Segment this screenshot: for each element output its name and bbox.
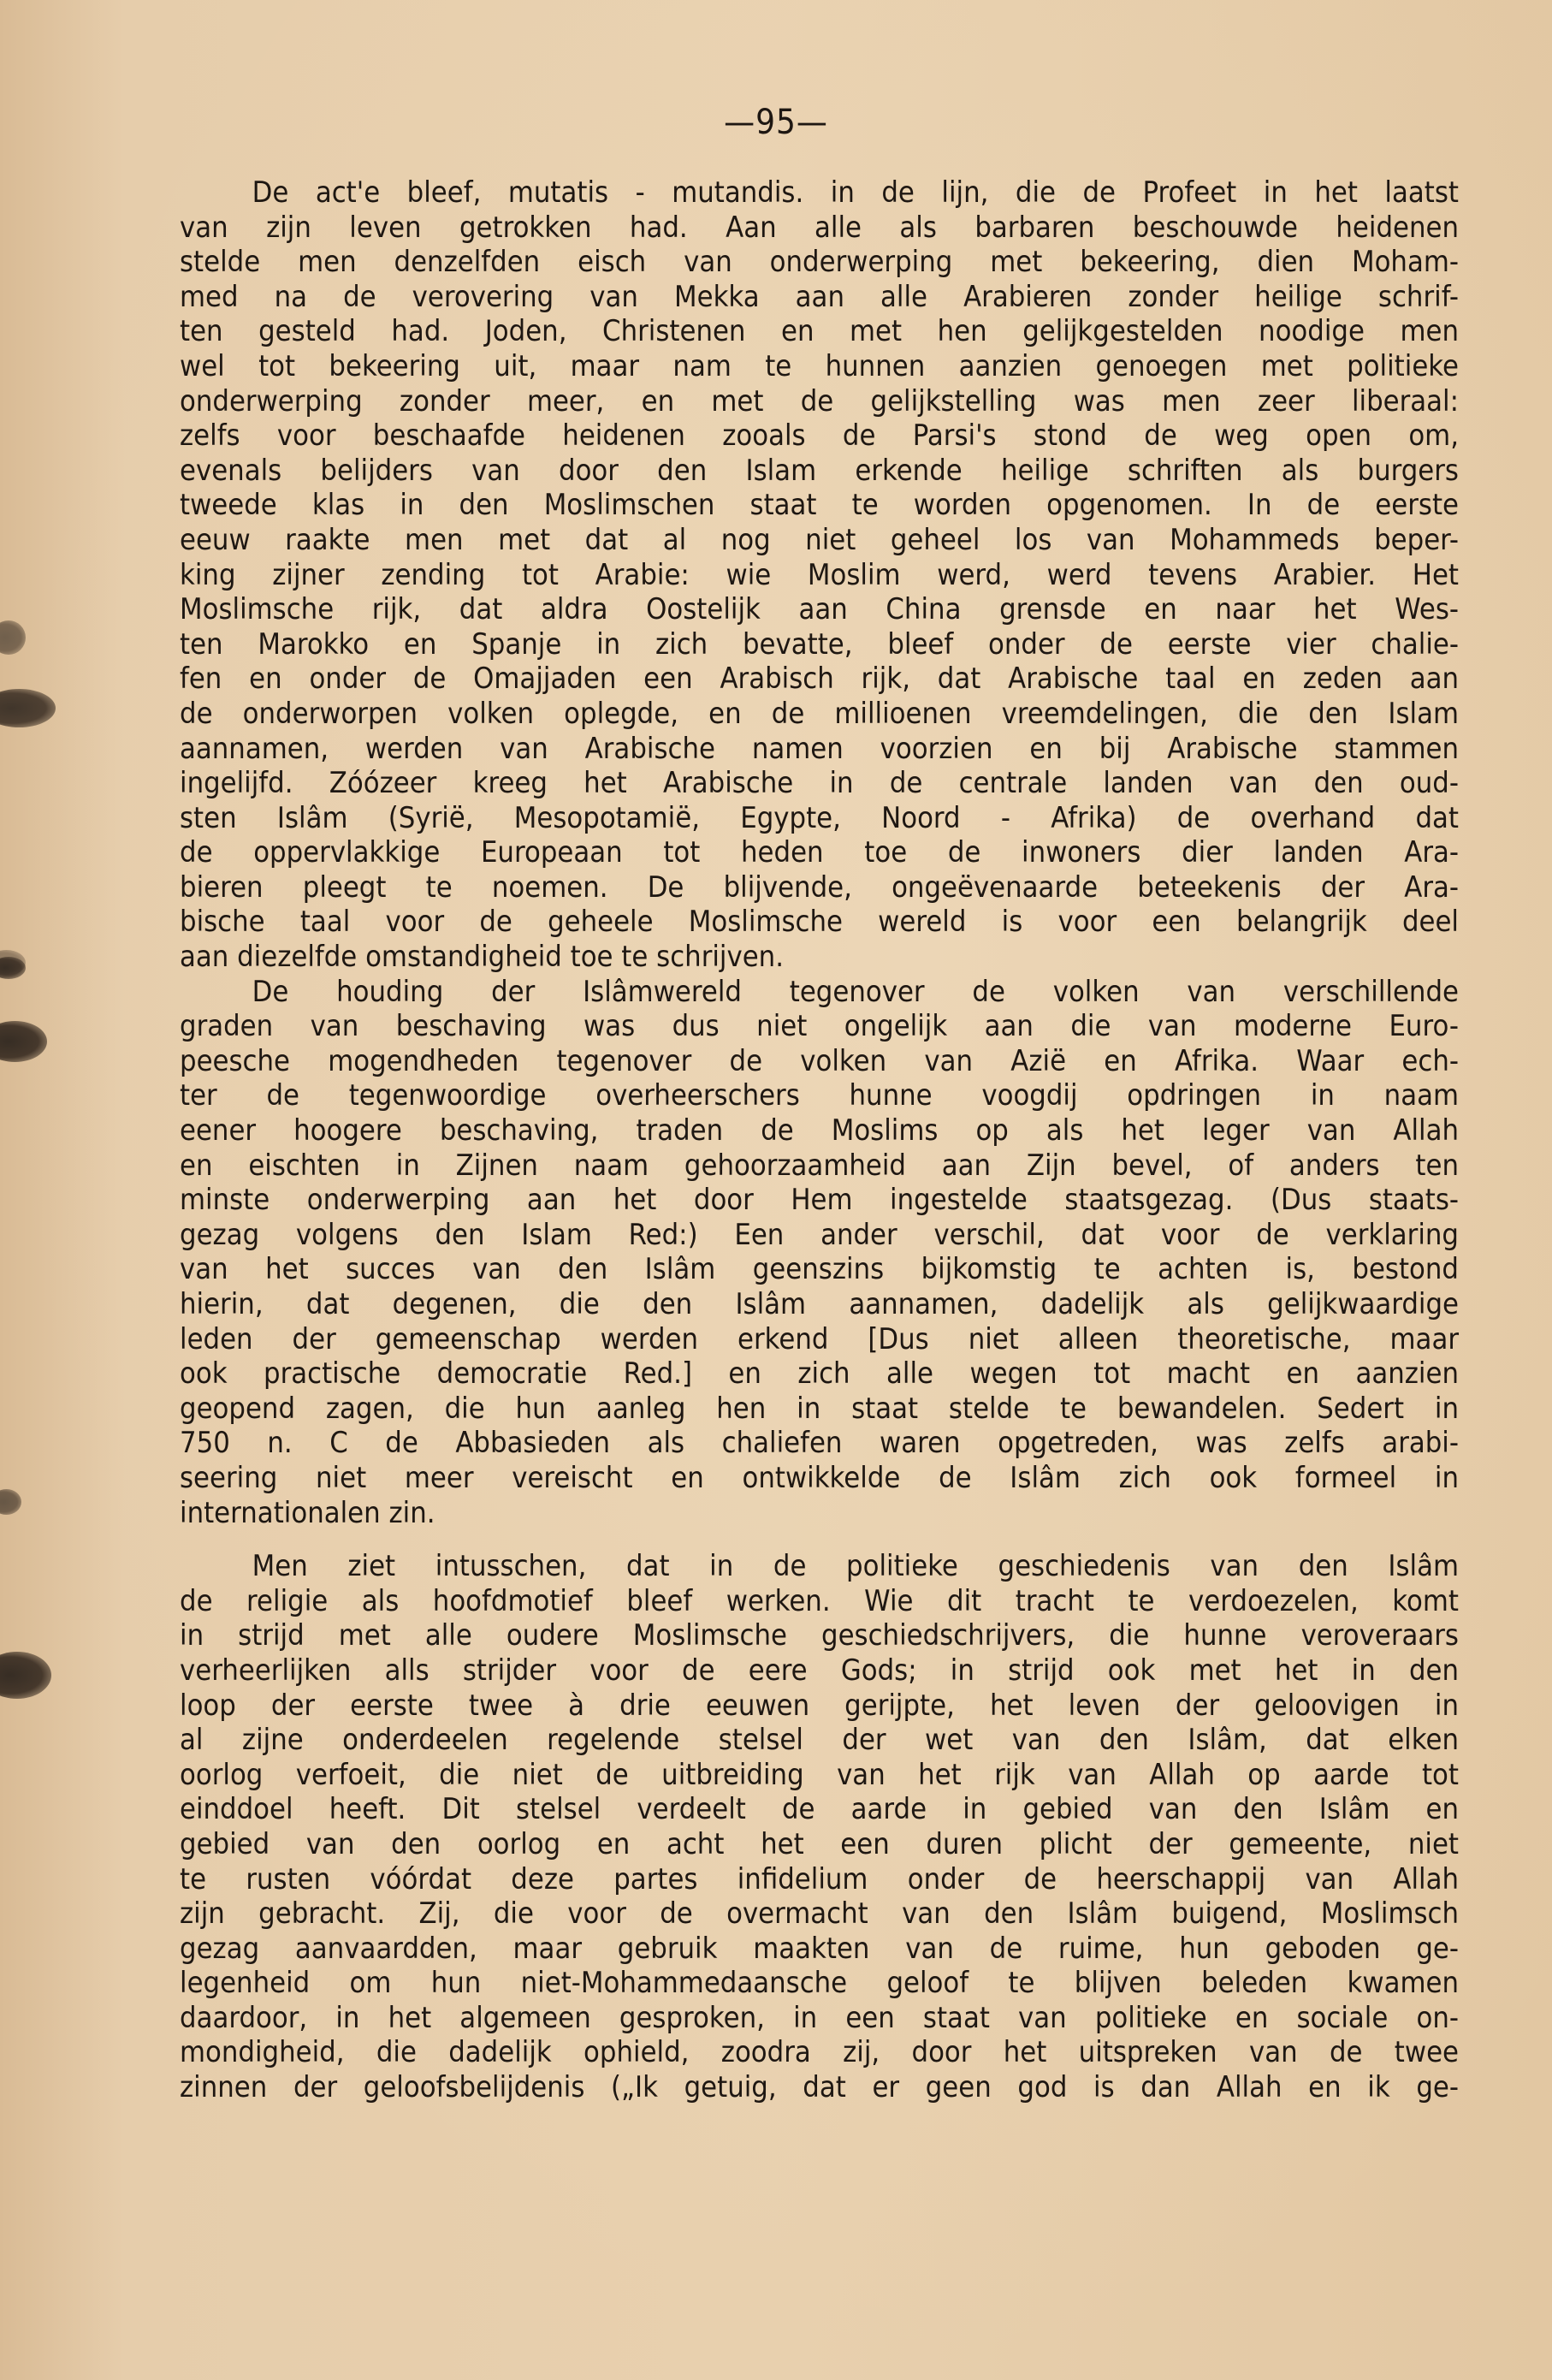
punch-hole bbox=[0, 689, 56, 727]
text-line: 750 n. C de Abbasieden als chaliefen war… bbox=[180, 1426, 1459, 1461]
text-line: evenals belijders van door den Islam erk… bbox=[180, 454, 1459, 489]
text-line: ook practische democratie Red.] en zich … bbox=[180, 1356, 1459, 1392]
punch-hole bbox=[0, 1021, 47, 1062]
text-line: eener hoogere beschaving, traden de Mosl… bbox=[180, 1113, 1459, 1148]
text-line: zinnen der geloofsbelijdenis („Ik getuig… bbox=[180, 2070, 1459, 2105]
text-line: seering niet meer vereischt en ontwikkel… bbox=[180, 1461, 1459, 1496]
text-line: mondigheid, die dadelijk ophield, zoodra… bbox=[180, 2035, 1459, 2070]
text-line: zelfs voor beschaafde heidenen zooals de… bbox=[180, 418, 1459, 454]
text-line: verheerlijken alls strijder voor de eere… bbox=[180, 1653, 1459, 1689]
text-line: daardoor, in het algemeen gesproken, in … bbox=[180, 2001, 1459, 2036]
text-line: hierin, dat degenen, die den Islâm aanna… bbox=[180, 1287, 1459, 1322]
punch-hole bbox=[0, 620, 26, 655]
paragraph-gap bbox=[180, 1530, 1459, 1549]
text-line: onderwerping zonder meer, en met de geli… bbox=[180, 384, 1459, 419]
text-line: graden van beschaving was dus niet ongel… bbox=[180, 1009, 1459, 1044]
text-line: loop der eerste twee à drie eeuwen gerij… bbox=[180, 1689, 1459, 1724]
text-line: te rusten vóórdat deze partes infidelium… bbox=[180, 1862, 1459, 1897]
body-text: De act'e bleef, mutatis - mutandis. in d… bbox=[180, 175, 1459, 2105]
text-line: aannamen, werden van Arabische namen voo… bbox=[180, 732, 1459, 767]
text-line: ten gesteld had. Joden, Christenen en me… bbox=[180, 314, 1459, 349]
text-line: med na de verovering van Mekka aan alle … bbox=[180, 280, 1459, 315]
punch-hole bbox=[0, 1489, 21, 1515]
text-line: van zijn leven getrokken had. Aan alle a… bbox=[180, 211, 1459, 246]
text-line: in strijd met alle oudere Moslimsche ges… bbox=[180, 1618, 1459, 1653]
text-line: Men ziet intusschen, dat in de politieke… bbox=[180, 1549, 1459, 1584]
text-line: bieren pleegt te noemen. De blijvende, o… bbox=[180, 870, 1459, 905]
text-line: eeuw raakte men met dat al nog niet gehe… bbox=[180, 523, 1459, 558]
text-line: legenheid om hun niet-Mohammedaansche ge… bbox=[180, 1966, 1459, 2001]
text-line: tweede klas in den Moslimschen staat te … bbox=[180, 488, 1459, 523]
text-line: stelde men denzelfden eisch van onderwer… bbox=[180, 245, 1459, 280]
text-line: king zijner zending tot Arabie: wie Mosl… bbox=[180, 558, 1459, 593]
text-line: oorlog verfoeit, die niet de uitbreiding… bbox=[180, 1758, 1459, 1793]
text-line: ten Marokko en Spanje in zich bevatte, b… bbox=[180, 627, 1459, 662]
text-line: peesche mogendheden tegenover de volken … bbox=[180, 1044, 1459, 1079]
text-line: al zijne onderdeelen regelende stelsel d… bbox=[180, 1723, 1459, 1758]
text-line: De houding der Islâmwereld tegenover de … bbox=[180, 975, 1459, 1010]
text-line: de onderworpen volken oplegde, en de mil… bbox=[180, 697, 1459, 732]
text-line: Moslimsche rijk, dat aldra Oostelijk aan… bbox=[180, 592, 1459, 627]
text-line: gezag volgens den Islam Red:) Een ander … bbox=[180, 1218, 1459, 1253]
text-line: bische taal voor de geheele Moslimsche w… bbox=[180, 905, 1459, 940]
text-line: ingelijfd. Zóózeer kreeg het Arabische i… bbox=[180, 766, 1459, 801]
text-line: de oppervlakkige Europeaan tot heden toe… bbox=[180, 835, 1459, 870]
text-line: leden der gemeenschap werden erkend [Dus… bbox=[180, 1322, 1459, 1357]
text-line: wel tot bekeering uit, maar nam te hunne… bbox=[180, 349, 1459, 384]
text-line: de religie als hoofdmotief bleef werken.… bbox=[180, 1584, 1459, 1619]
text-line: minste onderwerping aan het door Hem ing… bbox=[180, 1183, 1459, 1218]
text-line: en eischten in Zijnen naam gehoorzaamhei… bbox=[180, 1148, 1459, 1184]
text-line: ter de tegenwoordige overheerschers hunn… bbox=[180, 1078, 1459, 1113]
punch-hole bbox=[0, 1652, 51, 1699]
text-line: internationalen zin. bbox=[180, 1496, 1459, 1531]
text-line: zijn gebracht. Zij, die voor de overmach… bbox=[180, 1896, 1459, 1932]
text-line: gezag aanvaardden, maar gebruik maakten … bbox=[180, 1932, 1459, 1967]
text-line: De act'e bleef, mutatis - mutandis. in d… bbox=[180, 175, 1459, 211]
text-line: sten Islâm (Syrië, Mesopotamië, Egypte, … bbox=[180, 801, 1459, 836]
text-line: aan diezelfde omstandigheid toe te schri… bbox=[180, 940, 1459, 975]
page-number: —95— bbox=[0, 103, 1552, 142]
text-line: fen en onder de Omajjaden een Arabisch r… bbox=[180, 662, 1459, 697]
text-line: geopend zagen, die hun aanleg hen in sta… bbox=[180, 1392, 1459, 1427]
text-line: einddoel heeft. Dit stelsel verdeelt de … bbox=[180, 1792, 1459, 1827]
text-line: van het succes van den Islâm geenszins b… bbox=[180, 1252, 1459, 1287]
text-line: gebied van den oorlog en acht het een du… bbox=[180, 1827, 1459, 1862]
